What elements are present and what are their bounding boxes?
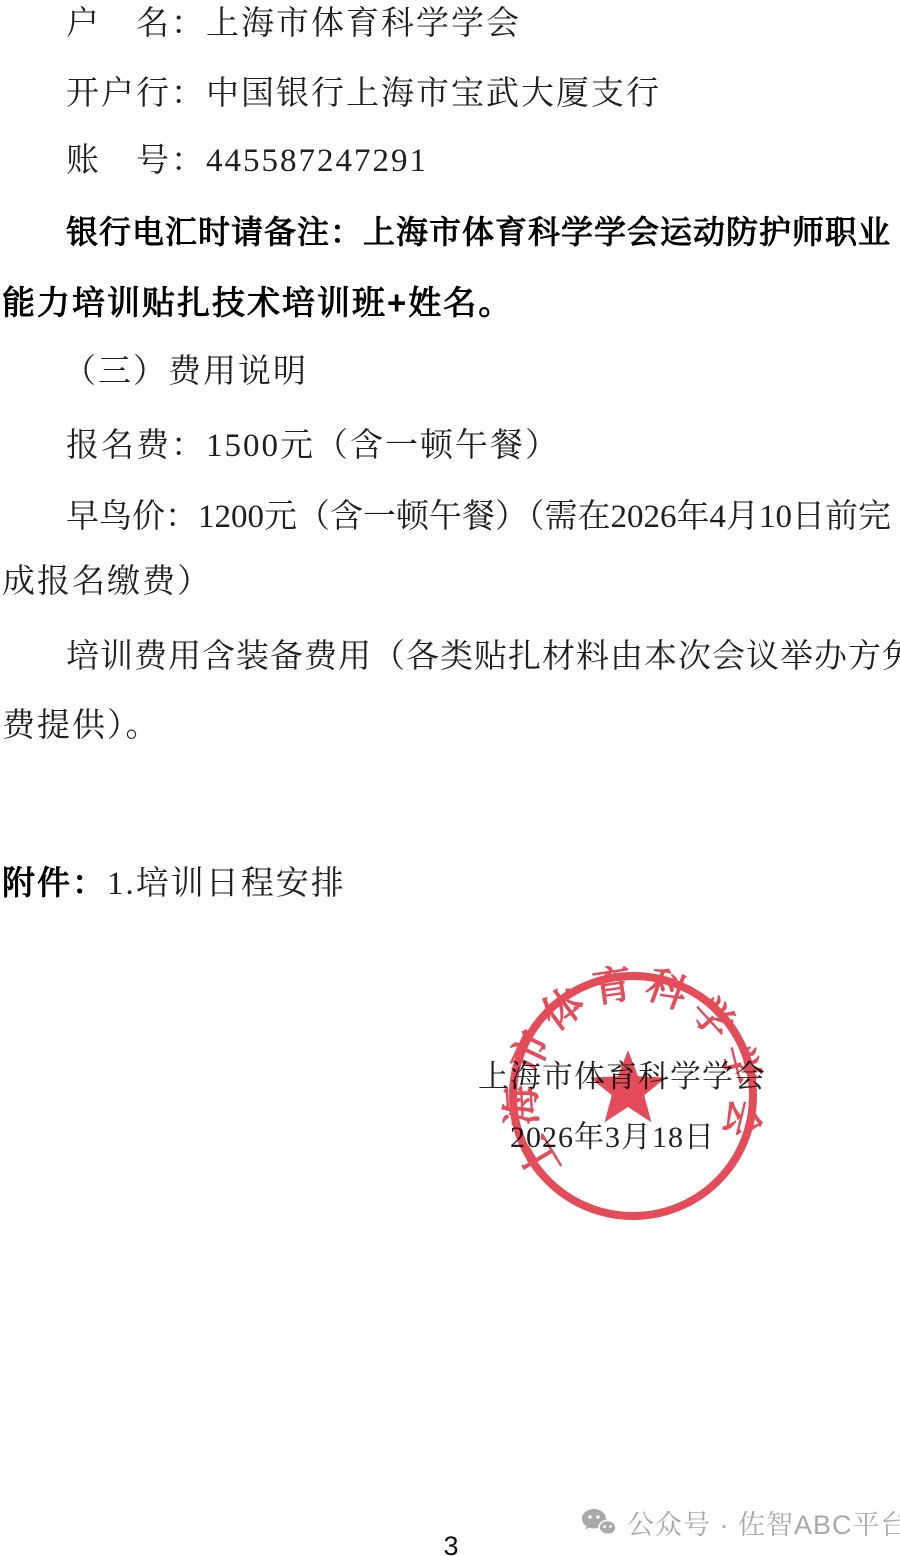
attachment-line: 附件：1.培训日程安排	[2, 866, 346, 901]
account-name-line: 户 名：上海市体育科学学会	[66, 8, 521, 41]
wire-remark-line-1: 银行电汇时请备注：上海市体育科学学会运动防护师职业	[66, 216, 891, 248]
fee-includes-line-2: 费提供）。	[2, 710, 161, 743]
page-number: 3	[411, 1531, 491, 1556]
document-page: 户 名：上海市体育科学学会 开户行：中国银行上海市宝武大厦支行 账 号：4455…	[0, 0, 900, 1556]
early-bird-line-2: 成报名缴费）	[2, 566, 212, 599]
wire-remark-line-2: 能力培训贴扎技术培训班+姓名。	[2, 286, 513, 319]
wechat-icon	[581, 1508, 617, 1538]
fee-includes-line-1: 培训费用含装备费用（各类贴扎材料由本次会议举办方免	[66, 641, 900, 674]
account-number-line: 账 号：445587247291	[66, 145, 428, 178]
attachment-label: 附件：	[2, 864, 107, 901]
bank-branch-line: 开户行：中国银行上海市宝武大厦支行	[66, 78, 661, 111]
registration-fee-line: 报名费：1500元（含一顿午餐）	[66, 430, 560, 463]
wechat-watermark: 公众号 · 佐智ABC平台	[581, 1503, 900, 1542]
seal-star-icon	[590, 1050, 666, 1122]
fee-section-heading: （三）费用说明	[63, 356, 308, 389]
wechat-watermark-label: 公众号 · 佐智ABC平台	[627, 1503, 900, 1542]
early-bird-line-1: 早鸟价：1200元（含一顿午餐）（需在2026年4月10日前完	[66, 501, 891, 534]
official-seal: 上海市体育科学学会	[483, 946, 783, 1246]
attachment-value: 1.培训日程安排	[107, 866, 346, 902]
